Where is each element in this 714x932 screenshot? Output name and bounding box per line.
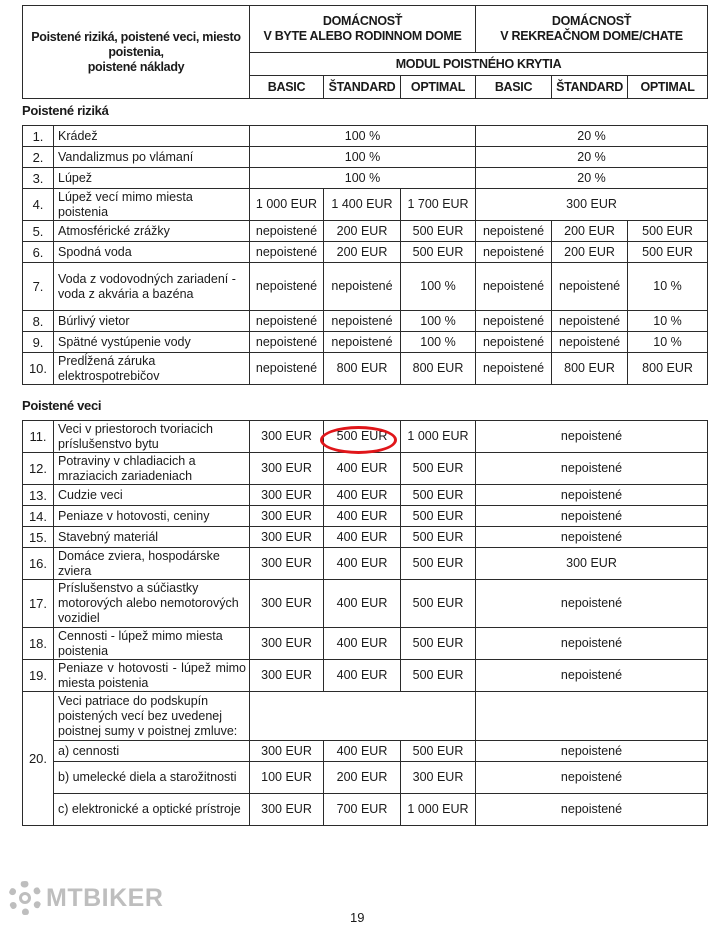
table-row: 1.Krádež100 %20 % [23,126,708,147]
value-home: 100 % [250,147,476,168]
header-module: MODUL POISTNÉHO KRYTIA [250,53,708,76]
value-cell: 300 EUR [250,548,324,580]
row-number: 10. [23,353,54,385]
empty-cell [476,692,708,741]
row-number: 16. [23,548,54,580]
table-row: 14.Peniaze v hotovosti, ceniny300 EUR400… [23,506,708,527]
row-description: Stavebný materiál [54,527,250,548]
value-cell: 500 EUR [401,527,476,548]
value-cell: 400 EUR [324,580,401,628]
row-number: 8. [23,311,54,332]
table-row: 18.Cennosti - lúpež mimo miesta poisteni… [23,628,708,660]
value-cell: 500 EUR [401,506,476,527]
value-cell: 300 EUR [250,485,324,506]
value-cell: 800 EUR [628,353,708,385]
section-title-items: Poistené veci [22,398,101,413]
value-cell: 1 400 EUR [324,189,401,221]
value-cell: 300 EUR [250,794,324,826]
value-cell: 300 EUR [250,453,324,485]
row-description: Krádež [54,126,250,147]
empty-cell [250,692,476,741]
value-cell: 200 EUR [324,762,401,794]
value-cell: 500 EUR [401,741,476,762]
value-cell: 500 EUR [401,485,476,506]
value-cell: 800 EUR [324,353,401,385]
value-cell: 300 EUR [250,527,324,548]
table-row: 19.Peniaze v hotovosti - lúpež mimo mies… [23,660,708,692]
value-cottage: nepoistené [476,794,708,826]
value-cottage: 300 EUR [476,189,708,221]
value-cell: 1 000 EUR [250,189,324,221]
value-cottage: nepoistené [476,741,708,762]
row-number: 18. [23,628,54,660]
table-row: 10.Predĺžená záruka elektrospotrebičovne… [23,353,708,385]
value-cell: 200 EUR [552,221,628,242]
value-cell: nepoistené [552,332,628,353]
value-cell: 500 EUR [628,242,708,263]
row-number: 9. [23,332,54,353]
value-cottage: nepoistené [476,453,708,485]
table-row: 11.Veci v priestoroch tvoriacich prísluš… [23,421,708,453]
row-number: 3. [23,168,54,189]
row-number: 17. [23,580,54,628]
table-row: c) elektronické a optické prístroje300 E… [23,794,708,826]
row-description: Peniaze v hotovosti, ceniny [54,506,250,527]
header-first-column: Poistené riziká, poistené veci, miesto p… [23,6,250,99]
row-description: Vandalizmus po vlámaní [54,147,250,168]
value-cell: 200 EUR [324,242,401,263]
value-cottage: 20 % [476,147,708,168]
value-cell: 300 EUR [250,421,324,453]
value-home: 100 % [250,126,476,147]
value-cottage: nepoistené [476,421,708,453]
table-row: b) umelecké diela a starožitnosti100 EUR… [23,762,708,794]
table-row: 16.Domáce zviera, hospodárske zviera300 … [23,548,708,580]
row-description: Búrlivý vietor [54,311,250,332]
page-number: 19 [350,910,364,925]
value-cell: 400 EUR [324,453,401,485]
value-cell: nepoistené [250,353,324,385]
table-row: a) cennosti300 EUR400 EUR500 EURnepoiste… [23,741,708,762]
value-cell: 300 EUR [250,580,324,628]
table-row: 8.Búrlivý vietornepoistenénepoistené100 … [23,311,708,332]
value-cell: 800 EUR [552,353,628,385]
value-cell: 10 % [628,332,708,353]
row-number: 4. [23,189,54,221]
value-cell: 500 EUR [401,453,476,485]
value-cell: 10 % [628,263,708,311]
value-cell: nepoistené [250,311,324,332]
highlight-ring [320,426,397,454]
table-row: 3.Lúpež100 %20 % [23,168,708,189]
value-home: 100 % [250,168,476,189]
row-description: b) umelecké diela a starožitnosti [54,762,250,794]
gear-icon [8,881,42,915]
header-group-home: DOMÁCNOSŤ V BYTE ALEBO RODINNOM DOME [250,6,476,53]
value-cell: 100 % [401,263,476,311]
row-description: Lúpež [54,168,250,189]
watermark-logo: MTBIKER [8,881,163,915]
row-number: 2. [23,147,54,168]
value-cell: nepoistené [324,311,401,332]
header-group-cottage: DOMÁCNOSŤ V REKREAČNOM DOME/CHATE [476,6,708,53]
value-cell: 1 700 EUR [401,189,476,221]
value-cell: 300 EUR [250,628,324,660]
value-cell: nepoistené [250,242,324,263]
value-cell: 400 EUR [324,548,401,580]
coverage-header-table: Poistené riziká, poistené veci, miesto p… [22,5,708,99]
value-cell: 200 EUR [552,242,628,263]
row-number: 19. [23,660,54,692]
table-row: 12.Potraviny v chladiacich a mraziacich … [23,453,708,485]
header-level: BASIC [250,76,324,99]
value-cottage: nepoistené [476,527,708,548]
value-cell: 200 EUR [324,221,401,242]
value-cell: nepoistené [250,221,324,242]
value-cell: nepoistené [476,221,552,242]
value-cell: 100 % [401,332,476,353]
value-cell: 300 EUR [250,506,324,527]
row-number: 7. [23,263,54,311]
value-cottage: nepoistené [476,580,708,628]
value-cottage: 20 % [476,168,708,189]
value-cell: 100 EUR [250,762,324,794]
highlighted-value-cell: 500 EUR [324,421,401,453]
value-cottage: nepoistené [476,660,708,692]
value-cell: 400 EUR [324,660,401,692]
row-number: 1. [23,126,54,147]
row-description: a) cennosti [54,741,250,762]
value-cell: nepoistené [476,242,552,263]
value-cell: nepoistené [324,332,401,353]
row-description: Príslušenstvo a súčiastky motorových ale… [54,580,250,628]
section-title-risks: Poistené riziká [22,103,109,118]
value-cottage: 300 EUR [476,548,708,580]
value-cell: 400 EUR [324,485,401,506]
row-description: Predĺžená záruka elektrospotrebičov [54,353,250,385]
value-cell: nepoistené [552,263,628,311]
row-number: 14. [23,506,54,527]
value-cell: 100 % [401,311,476,332]
value-cell: 300 EUR [250,660,324,692]
row-description: Potraviny v chladiacich a mraziacich zar… [54,453,250,485]
table-row: 4.Lúpež vecí mimo miesta poistenia1 000 … [23,189,708,221]
table-row: 7.Voda z vodovodných zariadení - voda z … [23,263,708,311]
value-cell: 500 EUR [401,660,476,692]
value-cell: 1 000 EUR [401,794,476,826]
row-description: Cudzie veci [54,485,250,506]
value-cell: nepoistené [250,332,324,353]
header-level: BASIC [476,76,552,99]
value-cottage: 20 % [476,126,708,147]
row-number: 15. [23,527,54,548]
table-row: 9.Spätné vystúpenie vodynepoistenénepois… [23,332,708,353]
table-row: 6.Spodná vodanepoistené200 EUR500 EURnep… [23,242,708,263]
row-description: Spodná voda [54,242,250,263]
value-cell: nepoistené [476,311,552,332]
table-row: 13.Cudzie veci300 EUR400 EUR500 EURnepoi… [23,485,708,506]
value-cell: 500 EUR [401,221,476,242]
row-number: 13. [23,485,54,506]
header-level: OPTIMAL [401,76,476,99]
row-description: Voda z vodovodných zariadení - voda z ak… [54,263,250,311]
row-number: 20. [23,692,54,826]
value-cell: 300 EUR [401,762,476,794]
row-description: Domáce zviera, hospodárske zviera [54,548,250,580]
watermark-text: MTBIKER [46,884,163,913]
row-description: Atmosférické zrážky [54,221,250,242]
header-level: ŠTANDARD [552,76,628,99]
risks-table: 1.Krádež100 %20 %2.Vandalizmus po vláman… [22,125,708,385]
value-cell: 400 EUR [324,527,401,548]
table-row: 2.Vandalizmus po vlámaní100 %20 % [23,147,708,168]
row-number: 5. [23,221,54,242]
row-number: 12. [23,453,54,485]
value-cell: 300 EUR [250,741,324,762]
value-cell: 500 EUR [401,548,476,580]
value-cell: 500 EUR [401,580,476,628]
value-cell: nepoistené [324,263,401,311]
row-description: Veci v priestoroch tvoriacich príslušens… [54,421,250,453]
value-cell: 1 000 EUR [401,421,476,453]
value-cell: nepoistené [250,263,324,311]
table-row: 20.Veci patriace do podskupín poistených… [23,692,708,741]
value-cell: 500 EUR [401,242,476,263]
header-level: ŠTANDARD [324,76,401,99]
value-cell: nepoistené [552,311,628,332]
row-number: 11. [23,421,54,453]
value-cell: 800 EUR [401,353,476,385]
value-cell: nepoistené [476,263,552,311]
value-cell: 500 EUR [401,628,476,660]
value-cottage: nepoistené [476,628,708,660]
value-cell: 700 EUR [324,794,401,826]
value-cell: 400 EUR [324,506,401,527]
value-cell: nepoistené [476,332,552,353]
items-table: 11.Veci v priestoroch tvoriacich prísluš… [22,420,708,826]
value-cottage: nepoistené [476,506,708,527]
value-cottage: nepoistené [476,485,708,506]
row-number: 6. [23,242,54,263]
value-cell: 400 EUR [324,741,401,762]
row-description: Lúpež vecí mimo miesta poistenia [54,189,250,221]
row-description: Veci patriace do podskupín poistených ve… [54,692,250,741]
row-description: c) elektronické a optické prístroje [54,794,250,826]
row-description: Spätné vystúpenie vody [54,332,250,353]
value-cell: nepoistené [476,353,552,385]
value-cell: 400 EUR [324,628,401,660]
table-row: 15.Stavebný materiál300 EUR400 EUR500 EU… [23,527,708,548]
value-cottage: nepoistené [476,762,708,794]
table-row: 5.Atmosférické zrážkynepoistené200 EUR50… [23,221,708,242]
table-row: 17.Príslušenstvo a súčiastky motorových … [23,580,708,628]
value-cell: 500 EUR [628,221,708,242]
row-description: Cennosti - lúpež mimo miesta poistenia [54,628,250,660]
row-description: Peniaze v hotovosti - lúpež mimo miesta … [54,660,250,692]
value-cell: 10 % [628,311,708,332]
header-level: OPTIMAL [628,76,708,99]
